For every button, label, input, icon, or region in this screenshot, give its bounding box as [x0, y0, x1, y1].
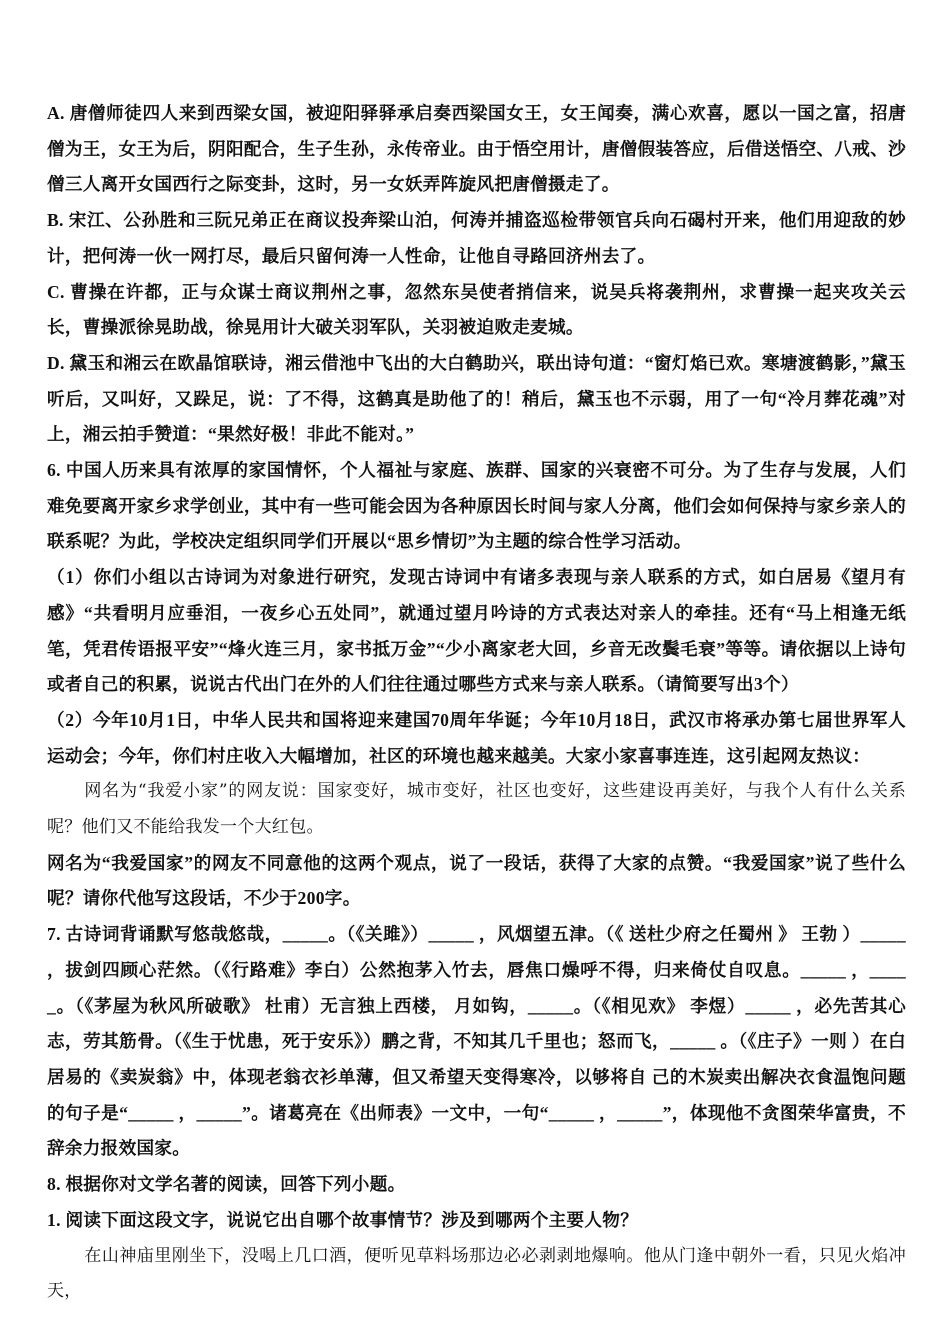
question-8-sub-1-paragraph: 1. 阅读下面这段文字，说说它出自哪个故事情节？涉及到哪两个主要人物？ [47, 1203, 906, 1239]
question-6-part-1-paragraph: （1）你们小组以古诗词为对象进行研究，发现古诗词中有诸多表现与亲人联系的方式，如… [47, 560, 906, 703]
question-7-paragraph: 7. 古诗词背诵默写悠哉悠哉，_____。（《关雎》）_____ ，风烟望五津。… [47, 917, 906, 1167]
question-8-passage-paragraph: 在山神庙里刚坐下，没喝上几口酒，便听见草料场那边必必剥剥地爆响。他从门逢中朝外一… [47, 1239, 906, 1310]
question-6-paragraph: 6. 中国人历来具有浓厚的家国情怀，个人福祉与家庭、族群、国家的兴衰密不可分。为… [47, 453, 906, 560]
option-d-paragraph: D. 黛玉和湘云在欧晶馆联诗，湘云借池中飞出的大白鹤助兴，联出诗句道：“窗灯焰已… [47, 346, 906, 453]
question-8-paragraph: 8. 根据你对文学名著的阅读，回答下列小题。 [47, 1167, 906, 1203]
question-6-part-2-paragraph: （2）今年10月1日，中华人民共和国将迎来建国70周年华诞；今年10月18日，武… [47, 703, 906, 774]
netizen-response-paragraph: 网名为“我爱国家”的网友不同意他的这两个观点，说了一段话，获得了大家的点赞。“我… [47, 846, 906, 917]
netizen-quote-paragraph: 网名为“我爱小家”的网友说：国家变好，城市变好，社区也变好，这些建设再美好，与我… [47, 774, 906, 845]
exam-page: A. 唐僧师徒四人来到西梁女国，被迎阳驿驿承启奏西梁国女王，女王闻奏，满心欢喜，… [0, 0, 950, 1344]
option-a-paragraph: A. 唐僧师徒四人来到西梁女国，被迎阳驿驿承启奏西梁国女王，女王闻奏，满心欢喜，… [47, 96, 906, 203]
option-b-paragraph: B. 宋江、公孙胜和三阮兄弟正在商议投奔梁山泊，何涛并捕盗巡检带领官兵向石碣村开… [47, 203, 906, 274]
option-c-paragraph: C. 曹操在许都，正与众谋士商议荆州之事，忽然东吴使者捎信来，说吴兵将袭荆州，求… [47, 275, 906, 346]
